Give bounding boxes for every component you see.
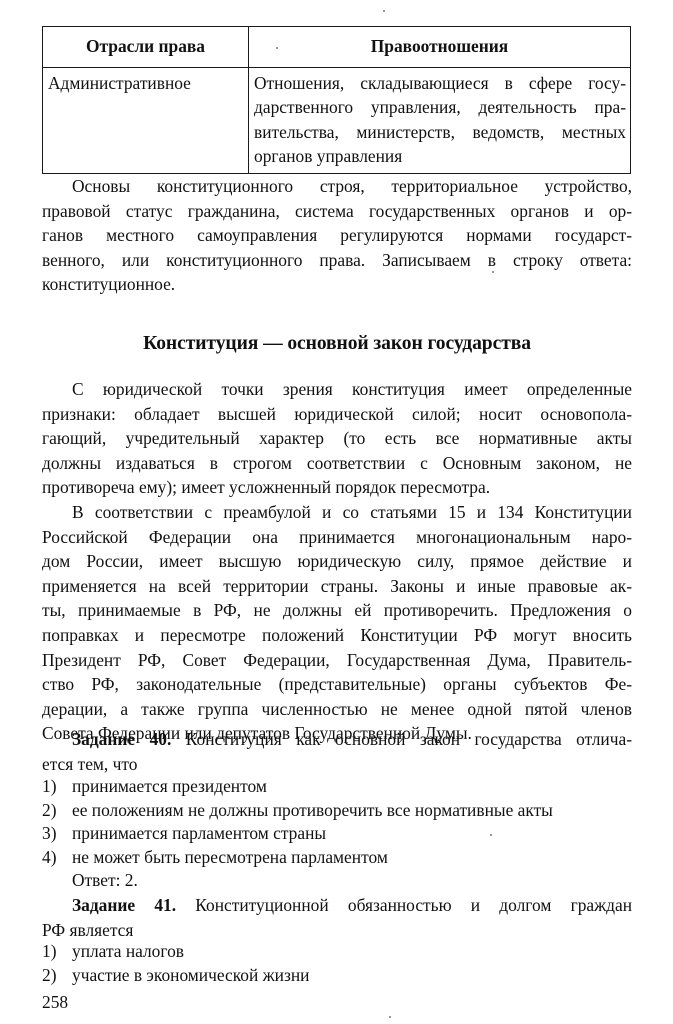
- task-41-options: 1) уплата налогов 2) участие в экономиче…: [42, 939, 632, 986]
- text-line: вительства, министерств, ведомств, местн…: [254, 120, 626, 144]
- section-paragraph-2: В соответствии с преамбулой и со статьям…: [42, 500, 632, 746]
- task-40-options: 1) принимается президентом 2) ее положен…: [42, 774, 632, 868]
- text-line: ганов местного самоуправления регулируют…: [42, 223, 632, 248]
- text-line: гающий, учредительный характер (то есть …: [42, 426, 632, 451]
- table-cell-branch: Административное: [43, 68, 249, 174]
- option-text: не может быть пересмотрена парламентом: [72, 845, 388, 869]
- option-text: принимается парламентом страны: [72, 821, 326, 845]
- text-line: правовой статус гражданина, система госу…: [42, 199, 632, 224]
- option-number: 2): [42, 798, 72, 822]
- option-number: 1): [42, 939, 72, 963]
- scan-speck: [490, 834, 492, 836]
- option-text: принимается президентом: [72, 774, 267, 798]
- option-item: 4) не может быть пересмотрена парламенто…: [42, 845, 632, 869]
- text-line: должны издаваться в строгом соответствии…: [42, 451, 632, 476]
- section-title: Конституция — основной закон государства: [42, 332, 632, 357]
- law-branches-table: Отрасли права Правоотношения Администрат…: [42, 26, 631, 174]
- task-41-label: Задание 41.: [72, 895, 176, 915]
- text-line: Российской Федерации она принимается мно…: [42, 525, 632, 550]
- section-paragraph-1: С юридической точки зрения конституция и…: [42, 377, 632, 500]
- scan-speck: [492, 271, 494, 273]
- option-number: 4): [42, 845, 72, 869]
- task-40-answer: Ответ: 2.: [72, 868, 138, 893]
- scan-speck: [389, 1016, 391, 1018]
- option-number: 1): [42, 774, 72, 798]
- text-line: ты, принимаемые в РФ, не должны ей проти…: [42, 598, 632, 623]
- table-row: Административное Отношения, складывающие…: [43, 68, 631, 174]
- text-line: В соответствии с преамбулой и со статьям…: [42, 500, 632, 525]
- text-line: ется тем, что: [42, 752, 632, 777]
- task-41-question: Задание 41. Конституционной обязанностью…: [42, 893, 632, 942]
- task-40-question: Задание 40. Конституция как основной зак…: [42, 727, 632, 776]
- text-line: Задание 41. Конституционной обязанностью…: [42, 893, 632, 918]
- text-line: Президент РФ, Совет Федерации, Государст…: [42, 648, 632, 673]
- option-number: 3): [42, 821, 72, 845]
- task-41-question-text: Конституционной обязанностью и долгом гр…: [176, 895, 632, 915]
- text-line: противореча ему); имеет усложненный поря…: [42, 475, 632, 500]
- table-header-row: Отрасли права Правоотношения: [43, 27, 631, 68]
- text-line: Основы конституционного строя, территори…: [42, 174, 632, 199]
- text-line: органов управления: [254, 144, 626, 168]
- option-item: 2) участие в экономической жизни: [42, 963, 632, 987]
- explanation-paragraph: Основы конституционного строя, территори…: [42, 174, 632, 297]
- scan-speck: [383, 10, 385, 12]
- text-line: поправках и пересмотре положений Констит…: [42, 623, 632, 648]
- table-cell-relations: Отношения, складывающиеся в сфере госу- …: [249, 68, 631, 174]
- option-item: 3) принимается парламентом страны: [42, 821, 632, 845]
- table-header-branch: Отрасли права: [43, 27, 249, 68]
- option-item: 2) ее положениям не должны противоречить…: [42, 798, 632, 822]
- table-header-relations: Правоотношения: [249, 27, 631, 68]
- text-line: С юридической точки зрения конституция и…: [42, 377, 632, 402]
- text-line: Задание 40. Конституция как основной зак…: [42, 727, 632, 752]
- text-line: дарственного управления, деятельность пр…: [254, 95, 626, 119]
- option-text: ее положениям не должны противоречить вс…: [72, 798, 553, 822]
- option-number: 2): [42, 963, 72, 987]
- task-40-question-text: Конституция как основной закон государст…: [171, 729, 632, 749]
- text-line: венного, или конституционного права. Зап…: [42, 248, 632, 273]
- task-40-label: Задание 40.: [72, 729, 171, 749]
- text-line: признаки: обладает высшей юридической си…: [42, 402, 632, 427]
- option-text: уплата налогов: [72, 939, 184, 963]
- text-line: ство РФ, законодательные (представительн…: [42, 672, 632, 697]
- text-line: конституционное.: [42, 272, 632, 297]
- text-line: Отношения, складывающиеся в сфере госу-: [254, 71, 626, 95]
- option-item: 1) принимается президентом: [42, 774, 632, 798]
- text-line: применяется на всей территории страны. З…: [42, 574, 632, 599]
- text-line: дом России, имеет высшую юридическую сил…: [42, 549, 632, 574]
- scan-speck: [276, 47, 278, 49]
- page-number: 258: [42, 990, 68, 1015]
- text-line: дерации, а также группа численностью не …: [42, 697, 632, 722]
- option-item: 1) уплата налогов: [42, 939, 632, 963]
- option-text: участие в экономической жизни: [72, 963, 309, 987]
